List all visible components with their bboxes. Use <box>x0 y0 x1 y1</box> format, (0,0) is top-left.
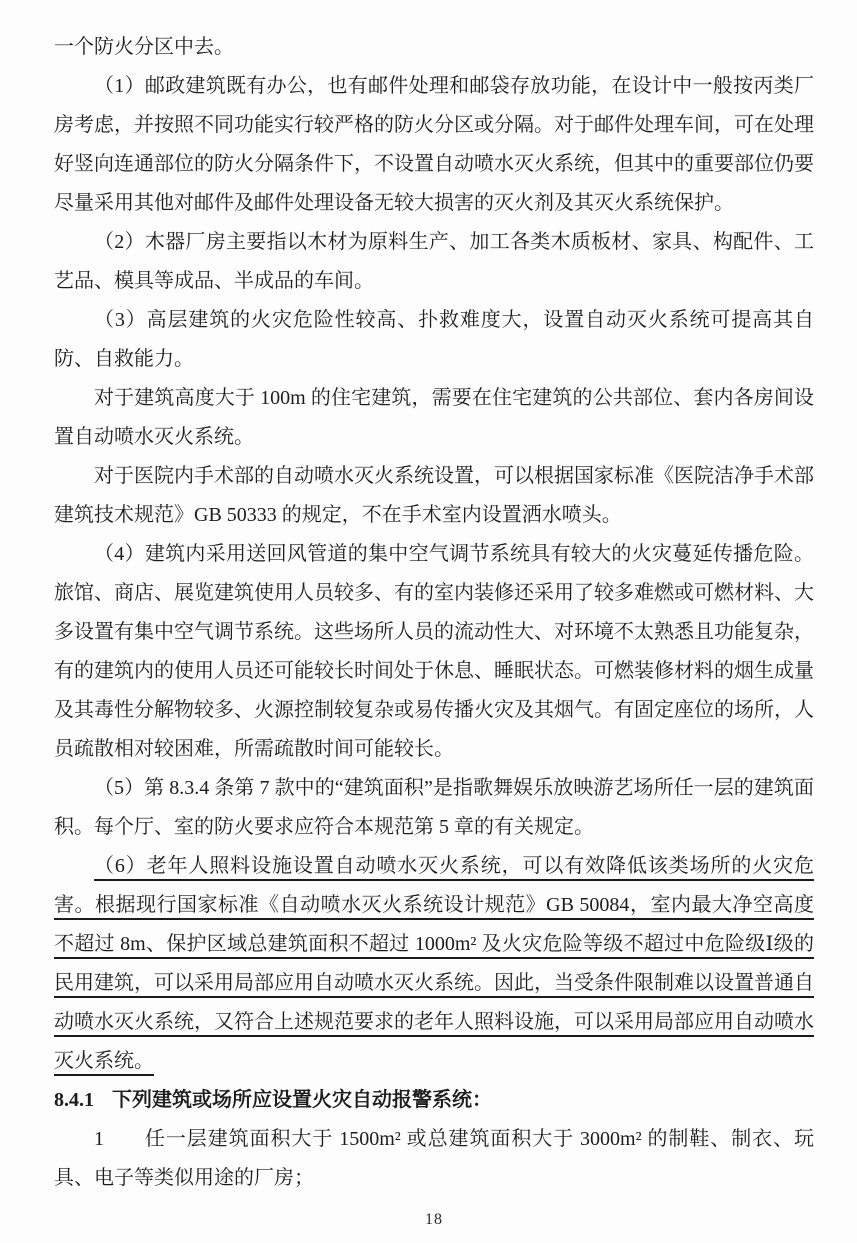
section-title: 下列建筑或场所应设置火灾自动报警系统： <box>112 1089 492 1111</box>
paragraph-residential-100m: 对于建筑高度大于 100m 的住宅建筑，需要在住宅建筑的公共部位、套内各房间设置… <box>54 379 814 457</box>
paragraph-item-3-highrise: （3）高层建筑的火灾危险性较高、扑救难度大，设置自动灭火系统可提高其自防、自救能… <box>54 301 814 379</box>
clause-item-number: 1 <box>94 1128 104 1150</box>
paragraph-item-5-floor-area: （5）第 8.3.4 条第 7 款中的“建筑面积”是指歌舞娱乐放映游艺场所任一层… <box>54 769 814 847</box>
page-footer: 18 <box>54 1199 814 1239</box>
clause-list-item-1: 1任一层建筑面积大于 1500m² 或总建筑面积大于 3000m² 的制鞋、制衣… <box>54 1120 814 1198</box>
paragraph-item-4-hvac: （4）建筑内采用送回风管道的集中空气调节系统具有较大的火灾蔓延传播危险。旅馆、商… <box>54 535 814 769</box>
paragraph-item-6-elderly-care-underlined: （6）老年人照料设施设置自动喷水灭火系统，可以有效降低该类场所的火灾危害。根据现… <box>54 847 814 1081</box>
paragraph-item-1-postal: （1）邮政建筑既有办公，也有邮件处理和邮袋存放功能，在设计中一般按丙类厂房考虑，… <box>54 67 814 223</box>
paragraph-hospital-operating: 对于医院内手术部的自动喷水灭火系统设置，可以根据国家标准《医院洁净手术部建筑技术… <box>54 457 814 535</box>
page-number: 18 <box>425 1211 443 1228</box>
document-page: 一个防火分区中去。 （1）邮政建筑既有办公，也有邮件处理和邮袋存放功能，在设计中… <box>0 0 857 1243</box>
section-heading-8-4-1: 8.4.1下列建筑或场所应设置火灾自动报警系统： <box>54 1081 814 1120</box>
paragraph-continuation: 一个防火分区中去。 <box>54 28 814 67</box>
section-number: 8.4.1 <box>54 1089 94 1111</box>
paragraph-item-2-wood-factory: （2）木器厂房主要指以木材为原料生产、加工各类木质板材、家具、构配件、工艺品、模… <box>54 223 814 301</box>
clause-item-text: 任一层建筑面积大于 1500m² 或总建筑面积大于 3000m² 的制鞋、制衣、… <box>54 1128 814 1189</box>
